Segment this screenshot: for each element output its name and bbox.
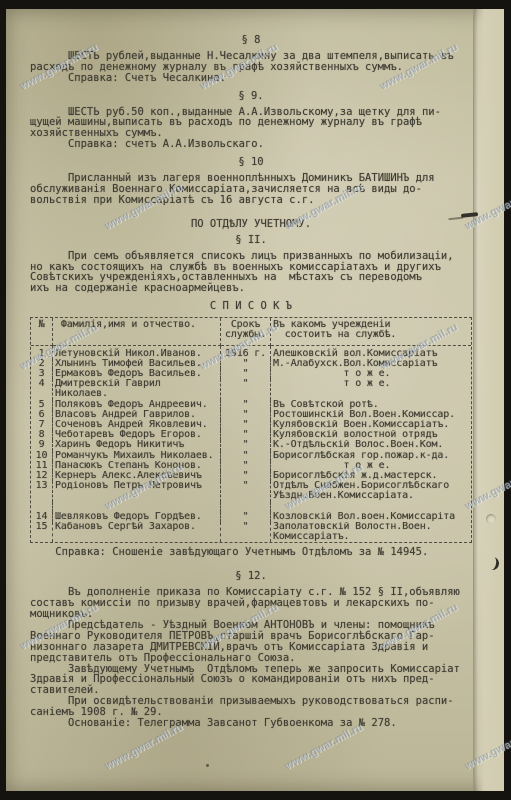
- table-cell: Алешковскій вол.Комиссаріатъ: [271, 346, 471, 359]
- table-cell: 9: [31, 440, 53, 450]
- section-8-heading: § 8: [30, 35, 472, 46]
- list-title: С П И С О К Ъ: [30, 301, 472, 312]
- table-cell: ": [221, 512, 271, 522]
- table-cell: т о ж е.: [271, 379, 471, 399]
- table-cell: т о ж е.: [271, 461, 471, 471]
- table-cell: 11: [31, 461, 53, 471]
- text-line: При семъ объявляется списокъ лицъ призва…: [30, 251, 472, 262]
- table-cell: 3: [31, 369, 53, 379]
- table-cell: 5: [31, 400, 53, 410]
- table-cell: 4: [31, 379, 53, 399]
- page-fold-edge: [473, 9, 504, 791]
- table-cell: [271, 502, 471, 512]
- text-line: низоннаго лазарета ДМИТРЕВСКІЙ,врачъ отъ…: [30, 642, 472, 653]
- table-cell: 7: [31, 420, 53, 430]
- table-cell: М.-Алабухск.Вол.Комиссаріатъ: [271, 359, 471, 369]
- table-cell: 13: [31, 481, 53, 501]
- table-cell: Кернеръ Алекс.Алексѣевичъ: [53, 471, 221, 481]
- table-cell: Власовъ Андрей Гаврилов.: [53, 410, 221, 420]
- table-cell: 14: [31, 512, 53, 522]
- table-cell: Родіоновъ Петръ Петровичъ: [53, 481, 221, 501]
- table-cell: ": [221, 471, 271, 481]
- table-cell: Чеботаревъ Федоръ Егоров.: [53, 430, 221, 440]
- pencil-dot: [206, 764, 209, 767]
- table-cell: ": [221, 369, 271, 379]
- list-reference-line: Справка: Сношеніе завѣдующаго Учетнымъ О…: [30, 547, 472, 558]
- table-cell: [53, 502, 221, 512]
- table-cell: [31, 502, 53, 512]
- text-line: Основаніе: Телеграмма Завсанот Губвоенко…: [30, 718, 472, 729]
- table-cell: Поляковъ Федоръ Андреевич.: [53, 400, 221, 410]
- table-cell: ": [221, 522, 271, 542]
- table-cell: ": [221, 379, 271, 399]
- table-cell: Борисоглѣбскія ж.д.мастерск.: [271, 471, 471, 481]
- text-line: Справка: счетъ А.А.Извольскаго.: [30, 139, 472, 150]
- text-line: Справка: Сношеніе завѣдующаго Учетнымъ О…: [30, 547, 472, 558]
- table-header-cell: №: [31, 318, 53, 345]
- personnel-table: № Фамилія,имя и отчество.Срокъ службы.Въ…: [30, 317, 472, 543]
- section-8-paragraph: ШЕСТЬ рублей,выданные Н.Чесалкину за два…: [30, 51, 472, 84]
- table-cell: Борисоглѣбская гор.пожар.к-да.: [271, 451, 471, 461]
- table-cell: [221, 502, 271, 512]
- table-cell: Кулябовскій Воен.Комиссаріатъ.: [271, 420, 471, 430]
- table-cell: ": [221, 440, 271, 450]
- table-cell: Хлынинъ Тимофей Васильев.: [53, 359, 221, 369]
- table-cell: Заполатовскій Волостн.Воен. Комиссаріатъ…: [271, 522, 471, 542]
- text-line: вольствія при Комиссаріатѣ съ 16 августа…: [30, 195, 472, 206]
- table-header-cell: Фамилія,имя и отчество.: [53, 318, 221, 345]
- table-cell: ": [221, 410, 271, 420]
- table-cell: Въ Совѣтской ротѣ.: [271, 400, 471, 410]
- table-header-cell: Въ какомъ учрежденіи состоитъ на службѣ.: [271, 318, 471, 345]
- section-10-heading: § 10: [30, 157, 472, 168]
- table-header-cell: Срокъ службы.: [221, 318, 271, 345]
- table-cell: 8: [31, 430, 53, 440]
- table-cell: Ермаковъ Федоръ Васильев.: [53, 369, 221, 379]
- accounting-department-heading: ПО ОТДѢЛУ УЧЕТНОМУ.: [30, 219, 472, 230]
- table-cell: Ростошинскій Вол.Воен.Комиссар.: [271, 410, 471, 420]
- text-line: представитель отъ Профессіональнаго Союз…: [30, 653, 472, 664]
- table-cell: 12: [31, 471, 53, 481]
- table-cell: ": [221, 420, 271, 430]
- table-cell: ": [221, 430, 271, 440]
- table-cell: ": [221, 359, 271, 369]
- table-cell: 1: [31, 346, 53, 359]
- section-9-heading: § 9.: [30, 91, 472, 102]
- table-cell: Кабановъ Сергѣй Захаров.: [53, 522, 221, 542]
- table-cell: 1916 г.: [221, 346, 271, 359]
- section-10-paragraph: Присланный изъ лагеря военноплѣнныхъ Дом…: [30, 173, 472, 206]
- table-cell: 15: [31, 522, 53, 542]
- table-cell: ": [221, 400, 271, 410]
- table-cell: Панасюкъ Степанъ Кононов.: [53, 461, 221, 471]
- table-cell: Козловскій Вол.воен.Комиссаріта: [271, 512, 471, 522]
- text-line: ихъ на содержаніе красноармейцевъ.: [30, 283, 472, 294]
- text-line: Справка: Счетъ Чесалкина.: [30, 73, 472, 84]
- table-cell: ": [221, 461, 271, 471]
- paper-page: § 8 ШЕСТЬ рублей,выданные Н.Чесалкину за…: [6, 9, 504, 791]
- section-12-heading: § 12.: [30, 571, 472, 582]
- table-cell: Летуновскій Никол.Иванов.: [53, 346, 221, 359]
- table-cell: Кулябовскій волостной отрядъ: [271, 430, 471, 440]
- table-cell: Отдѣлъ Снабжен.Борисоглѣбскаго Уѣздн.Вое…: [271, 481, 471, 501]
- punch-hole: [486, 514, 496, 524]
- section-12-paragraph: Въ дополненіе приказа по Комиссаріату с.…: [30, 587, 472, 729]
- table-cell: Романчукъ Михаилъ Николаев.: [53, 451, 221, 461]
- table-cell: Дмитревскій Гаврил Николаев.: [53, 379, 221, 399]
- table-cell: Соченовъ Андрей Яковлевич.: [53, 420, 221, 430]
- table-cell: ": [221, 451, 271, 461]
- table-cell: Харинъ Федоръ Никитичъ: [53, 440, 221, 450]
- section-11-paragraph: При семъ объявляется списокъ лицъ призва…: [30, 251, 472, 295]
- table-cell: К.-Отдѣльскій Волос.Воен.Ком.: [271, 440, 471, 450]
- table-cell: 10: [31, 451, 53, 461]
- section-11-heading: § II.: [30, 235, 472, 246]
- table-cell: ": [221, 481, 271, 501]
- text-line: составъ комиссіи по призыву врачей,фарма…: [30, 598, 472, 609]
- section-9-paragraph: ШЕСТЬ руб.50 коп.,выданные А.А.Извольско…: [30, 107, 472, 151]
- document-scan: § 8 ШЕСТЬ рублей,выданные Н.Чесалкину за…: [0, 0, 511, 800]
- table-cell: 2: [31, 359, 53, 369]
- document-content: § 8 ШЕСТЬ рублей,выданные Н.Чесалкину за…: [30, 28, 472, 733]
- table-cell: т о ж е.: [271, 369, 471, 379]
- table-cell: Шевляковъ Федоръ Гордѣев.: [53, 512, 221, 522]
- table-cell: 6: [31, 410, 53, 420]
